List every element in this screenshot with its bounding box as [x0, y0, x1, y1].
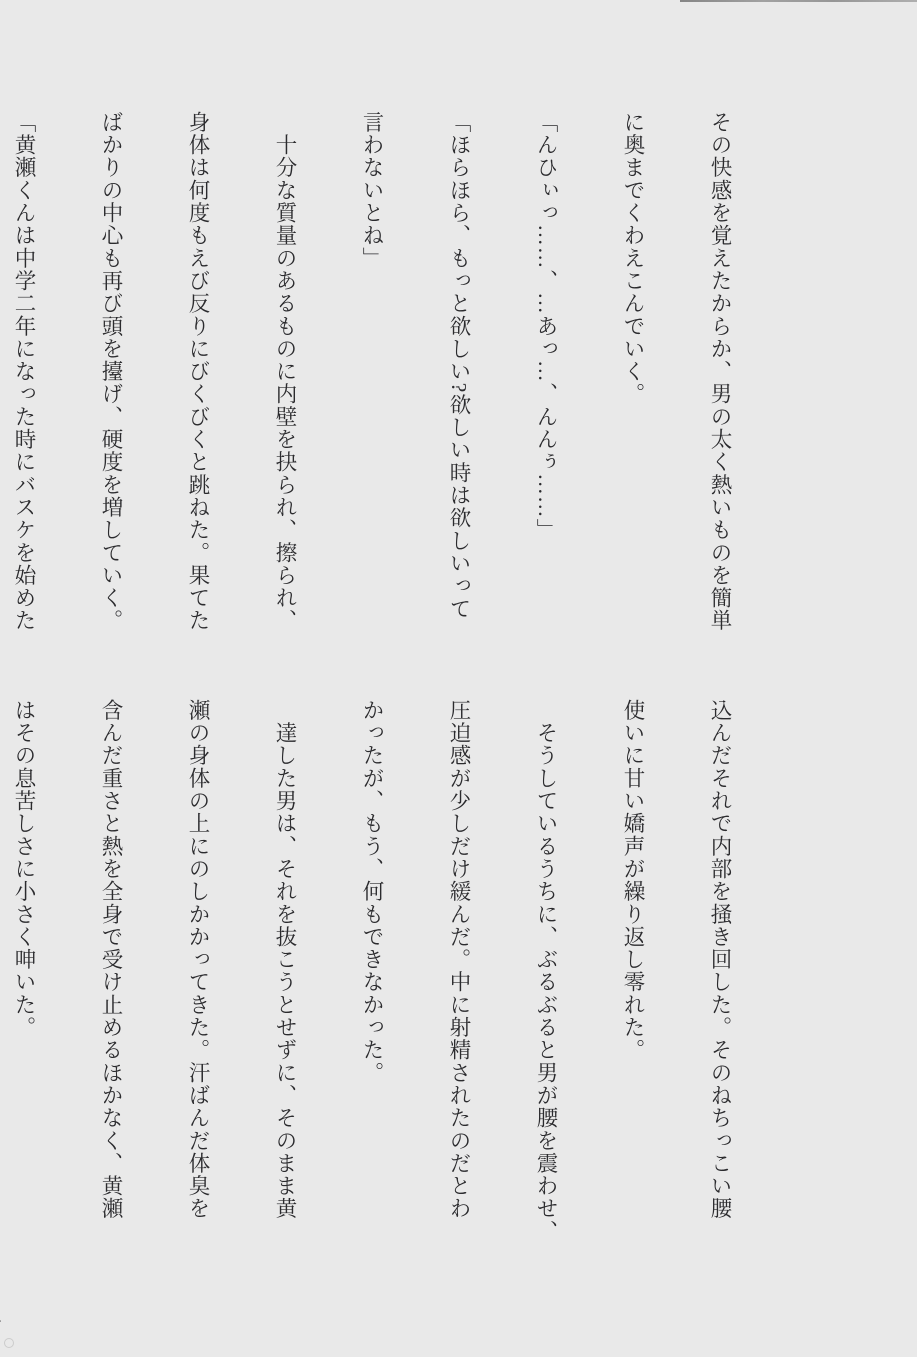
text-line: 「黄瀬くんは中学二年になった時にバスケを始めた	[9, 111, 38, 677]
text-line: に奥までくわえこんでいく。	[618, 111, 647, 677]
text-line: 瀬の身体の上にのしかかってきた。汗ばんだ体臭を	[183, 699, 212, 1265]
text-line: 十分な質量のあるものに内壁を抉られ、擦られ、	[270, 111, 299, 677]
text-line: ばかりの中心も再び頭を擡げ、硬度を増していく。	[96, 111, 125, 677]
text-line: 「ほらほら、もっと欲しい?欲しい時は欲しいって	[444, 111, 473, 677]
text-line: 含んだ重さと熱を全身で受け止めるほかなく、黄瀬	[96, 699, 125, 1265]
text-line: かったが、もう、何もできなかった。	[357, 699, 386, 1265]
text-line: 使いに甘い嬌声が繰り返し零れた。	[618, 699, 647, 1265]
text-line: そうしているうちに、ぶるぶると男が腰を震わせ、	[531, 699, 560, 1265]
text-block-bottom: 込んだそれで内部を掻き回した。そのねちっこい腰 使いに甘い嬌声が繰り返し零れた。…	[96, 699, 792, 1265]
page-number-fragment: 4	[0, 1311, 1, 1329]
text-line: その快感を覚えたからか、男の太く熱いものを簡単	[705, 111, 734, 677]
scanned-novel-page: その快感を覚えたからか、男の太く熱いものを簡単 に奥までくわえこんでいく。 「ん…	[0, 0, 917, 1357]
text-line: 圧迫感が少しだけ緩んだ。中に射精されたのだとわ	[444, 699, 473, 1265]
text-line: 身体は何度もえび反りにびくびくと跳ねた。果てた	[183, 111, 212, 677]
scan-smudge	[4, 1338, 14, 1348]
text-line: 込んだそれで内部を掻き回した。そのねちっこい腰	[705, 699, 734, 1265]
text-line: 言わないとね」	[357, 111, 386, 677]
text-line: 達した男は、それを抜こうとせずに、そのまま黄	[270, 699, 299, 1265]
text-line: はその息苦しさに小さく呻いた。	[9, 699, 38, 1265]
scan-edge-line	[680, 0, 917, 2]
text-line: 「んひぃっ……、…あっ…、んんぅ……」	[531, 111, 560, 677]
text-block-top: その快感を覚えたからか、男の太く熱いものを簡単 に奥までくわえこんでいく。 「ん…	[96, 111, 792, 677]
